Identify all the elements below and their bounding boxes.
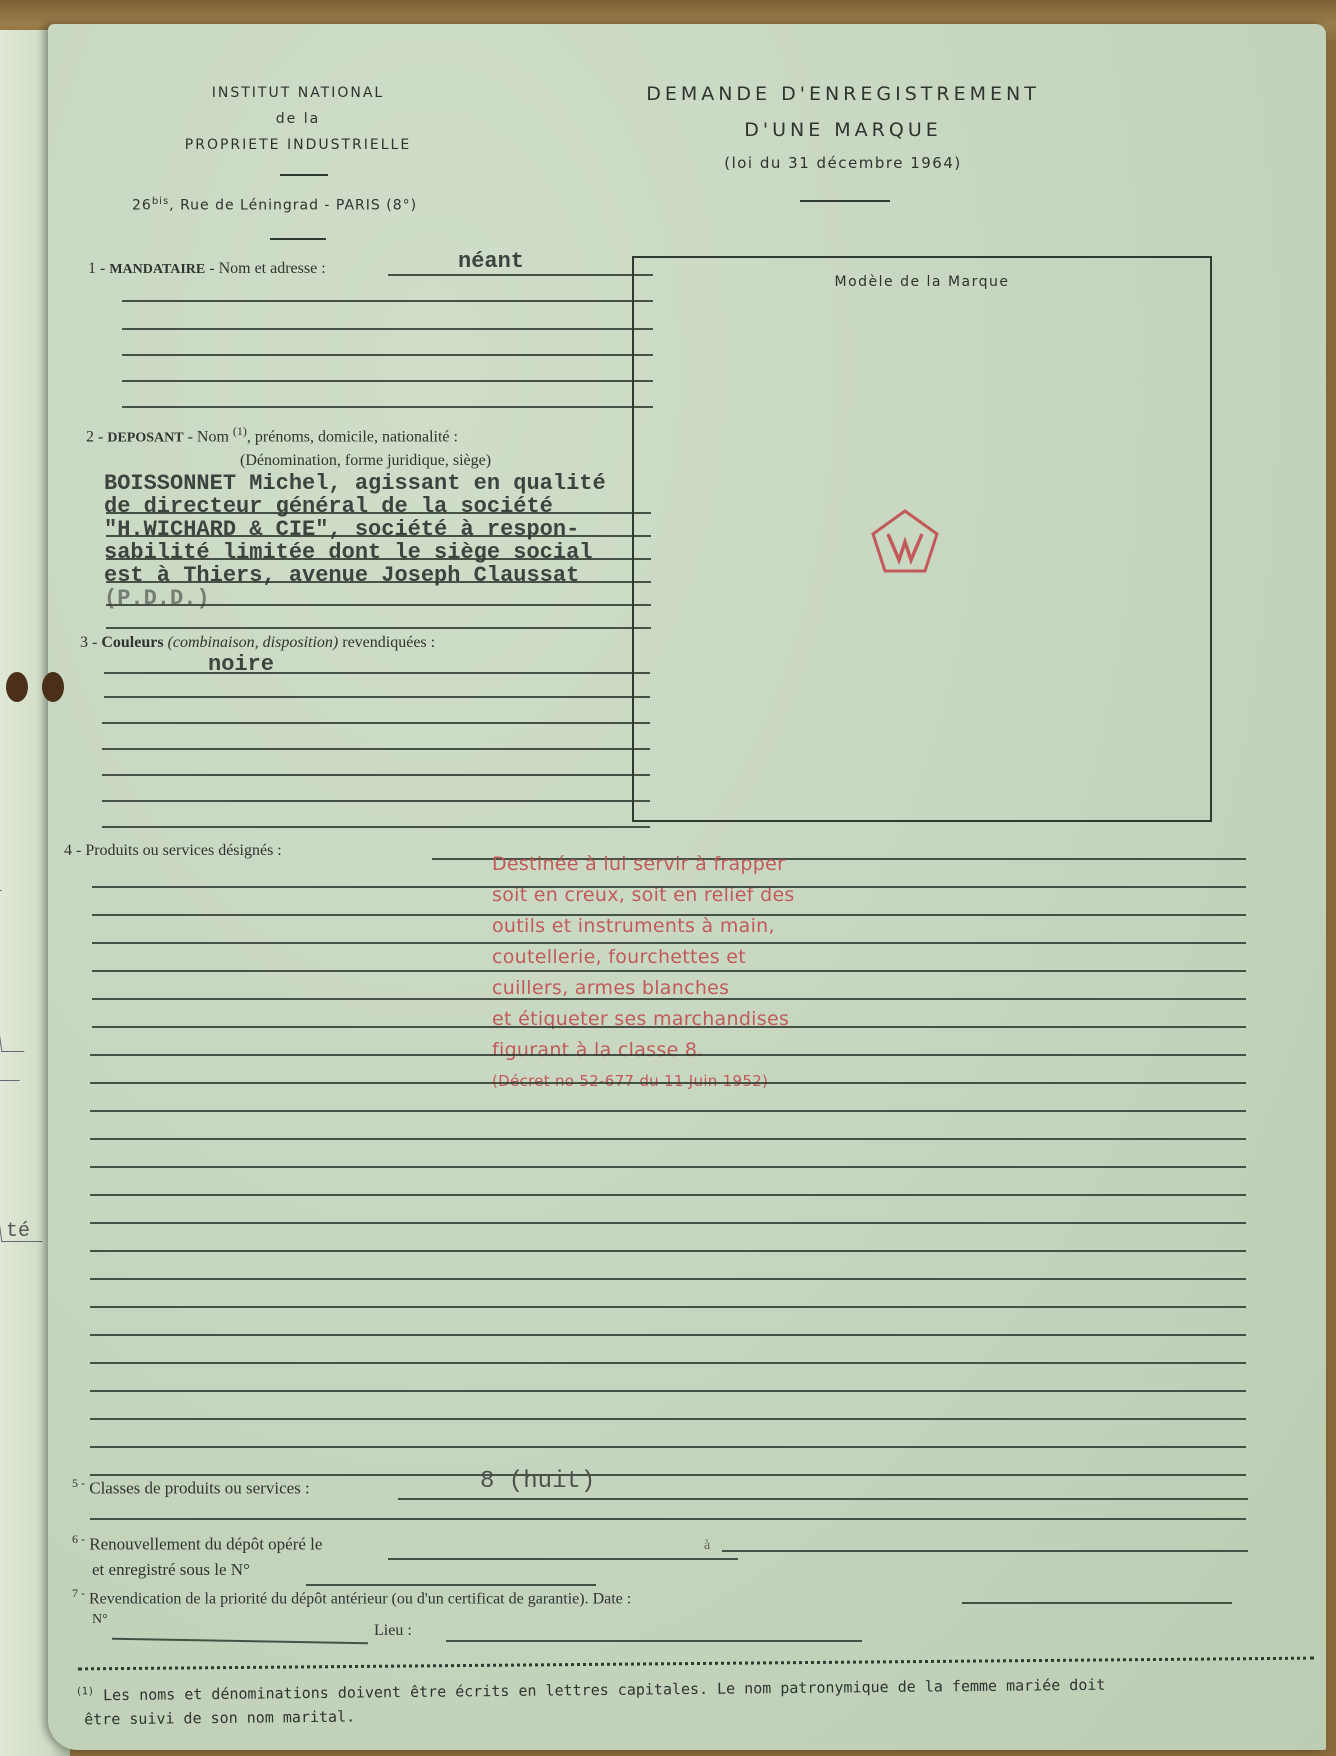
depositor-line: (P.D.D.): [104, 587, 606, 610]
depositor-line: est à Thiers, avenue Joseph Claussat: [104, 564, 606, 587]
institute-name: INSTITUT NATIONAL: [168, 80, 428, 106]
section7-place-label: Lieu :: [374, 1622, 412, 1640]
section4-line: [90, 1362, 1246, 1364]
divider: [270, 238, 326, 240]
previous-page-box-fragment: [0, 890, 24, 1052]
section5-label: 5 - Classes de produits ou services :: [72, 1476, 310, 1499]
section1-line: [388, 274, 653, 276]
section2-value[interactable]: BOISSONNET Michel, agissant en qualité d…: [104, 472, 606, 610]
section4-line: [92, 998, 1246, 1000]
section5-line: [90, 1518, 1246, 1520]
section2-label: 2 - DEPOSANT - Nom (1), prénoms, domicil…: [86, 424, 458, 446]
section4-line: [90, 1222, 1246, 1224]
section4-line: [90, 1418, 1246, 1420]
section3-line: [104, 696, 650, 698]
previous-page-box-fragment: [0, 1080, 42, 1242]
depositor-line: sabilité limitée dont le siège social: [104, 541, 606, 564]
section3-line: [104, 672, 650, 674]
section2-line: [106, 512, 651, 514]
section4-line: [92, 970, 1246, 972]
section4-line: [90, 1054, 1246, 1056]
trademark-box-title: Modèle de la Marque: [634, 274, 1210, 290]
section2-line: [106, 581, 651, 583]
stamp-line: figurant à la classe 8.: [492, 1035, 812, 1066]
section7-label: 7 - Revendication de la priorité du dépô…: [72, 1586, 631, 1608]
depositor-line: de directeur général de la société: [104, 495, 606, 518]
title-law: (loi du 31 décembre 1964): [638, 154, 1048, 172]
priority-number-field[interactable]: [112, 1638, 368, 1644]
section4-line: [92, 886, 1246, 888]
section1-value[interactable]: néant: [458, 249, 524, 274]
punch-hole: [6, 672, 28, 702]
pentagon-icon: [870, 508, 940, 574]
institute-de-la: de la: [168, 106, 428, 132]
priority-place-field[interactable]: [446, 1640, 862, 1642]
section4-line: [90, 1166, 1246, 1168]
section4-line: [90, 1110, 1246, 1112]
renewal-place-field[interactable]: [722, 1550, 1248, 1552]
section4-line: [90, 1250, 1246, 1252]
section2-line: [106, 558, 651, 560]
form-title: DEMANDE D'ENREGISTREMENT D'UNE MARQUE (l…: [638, 76, 1048, 172]
section4-line: [90, 1278, 1246, 1280]
section2-line: [106, 604, 651, 606]
section4-line: [90, 1138, 1246, 1140]
institute-address: 26bis, Rue de Léningrad - PARIS (8°): [132, 196, 417, 214]
section3-line: [102, 774, 650, 776]
section4-line: [92, 942, 1246, 944]
section1-label: 1 - MANDATAIRE - Nom et adresse :: [88, 260, 326, 278]
trademark-logo: [870, 508, 940, 574]
section2-sublabel: (Dénomination, forme juridique, siège): [240, 452, 491, 470]
section1-line: [122, 354, 653, 356]
section5-value[interactable]: 8 (huit): [480, 1468, 595, 1495]
section6-at-label: à: [704, 1538, 710, 1554]
institute-subtitle: PROPRIETE INDUSTRIELLE: [168, 132, 428, 158]
section3-label: 3 - Couleurs (combinaison, disposition) …: [80, 634, 435, 652]
section7-no-label: N°: [92, 1612, 108, 1628]
section4-line: [90, 1082, 1246, 1084]
punch-hole: [42, 672, 64, 702]
stamp-line: soit en creux, soit en relief des: [492, 880, 812, 911]
section4-label: 4 - Produits ou services désignés :: [64, 842, 282, 860]
title-line1: DEMANDE D'ENREGISTREMENT: [638, 76, 1048, 112]
section4-line: [90, 1334, 1246, 1336]
section3-line: [102, 748, 650, 750]
section1-line: [122, 406, 653, 408]
stamp-line: et étiqueter ses marchandises: [492, 1004, 812, 1035]
title-line2: D'UNE MARQUE: [638, 112, 1048, 148]
footnote: (1) Les noms et dénominations doivent êt…: [76, 1668, 1316, 1732]
stamp-line: coutellerie, fourchettes et: [492, 942, 812, 973]
renewal-date-field[interactable]: [388, 1558, 738, 1560]
institute-header: INSTITUT NATIONAL de la PROPRIETE INDUST…: [168, 80, 428, 158]
section4-line: [90, 1390, 1246, 1392]
priority-date-field[interactable]: [962, 1602, 1232, 1604]
previous-page-text: té: [6, 1220, 30, 1243]
trademark-model-box[interactable]: Modèle de la Marque: [632, 256, 1212, 822]
section1-line: [122, 380, 653, 382]
section6-label2: et enregistré sous le N°: [92, 1560, 250, 1580]
section4-line: [90, 1306, 1246, 1308]
divider: [280, 174, 328, 176]
depositor-line: BOISSONNET Michel, agissant en qualité: [104, 472, 606, 495]
section2-line: [106, 627, 651, 629]
divider: [800, 200, 890, 202]
stamp-line: Destinée à lui servir à frapper: [492, 849, 812, 880]
section4-line: [90, 1446, 1246, 1448]
depositor-line: "H.WICHARD & CIE", société à respon-: [104, 518, 606, 541]
footnote-separator: [78, 1657, 1314, 1671]
section6-label: 6 - Renouvellement du dépôt opéré le: [72, 1532, 322, 1555]
section3-line: [102, 826, 650, 828]
section2-line: [106, 535, 651, 537]
form-page: INSTITUT NATIONAL de la PROPRIETE INDUST…: [48, 24, 1326, 1750]
section1-line: [122, 328, 653, 330]
section4-line: [92, 1026, 1246, 1028]
section4-line: [92, 914, 1246, 916]
section4-line: [90, 1194, 1246, 1196]
section5-line: [398, 1498, 1248, 1500]
section3-line: [102, 722, 650, 724]
section1-line: [122, 300, 653, 302]
section3-line: [102, 800, 650, 802]
